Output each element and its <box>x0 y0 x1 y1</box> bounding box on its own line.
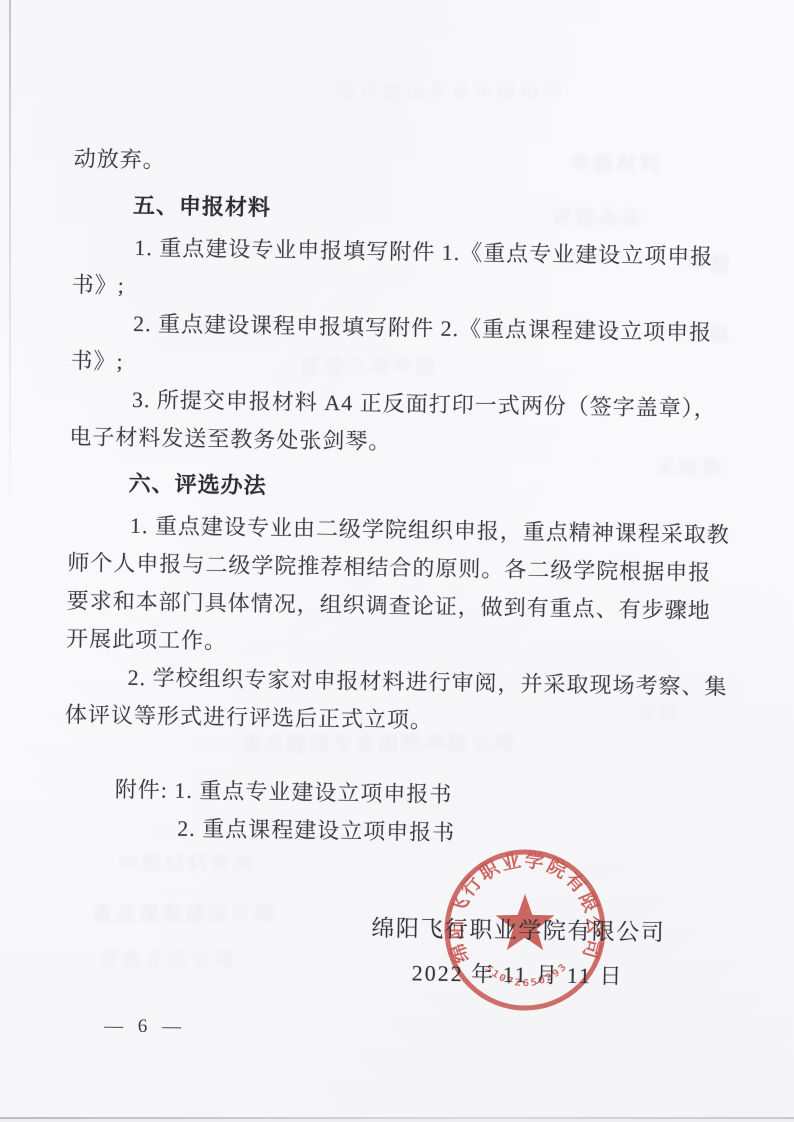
section-heading: 六、评选办法 <box>68 464 723 512</box>
bleedthrough-text: 重点课程建设立项 <box>92 898 276 928</box>
scanned-document-page: 重点建设专业申报填写申报材料评选办法申报建设立项申报申报采取教重点建设专业组织申… <box>0 0 794 1122</box>
bleedthrough-text: 重点建设专业申报填写 <box>335 76 565 106</box>
section-heading: 五、申报材料 <box>73 186 728 234</box>
scan-edge-bottom <box>0 1117 794 1119</box>
signer-company: 绵阳飞行职业学院有限公司 <box>350 909 686 947</box>
doc-text: 动放弃。五、申报材料1. 重点建设专业申报填写附件 1.《重点专业建设立项申报书… <box>63 140 728 856</box>
page-number: — 6 — <box>104 1016 186 1039</box>
signature-block: 绵阳飞行职业学院有限公司 2022 年 11 月 11 日 <box>349 909 686 991</box>
bleedthrough-text: 评选正式立项 <box>98 944 236 974</box>
bleedthrough-text: 申报材料审阅 <box>118 848 256 878</box>
scan-edge-left <box>9 0 11 520</box>
signature-date: 2022 年 11 月 11 日 <box>349 955 685 991</box>
